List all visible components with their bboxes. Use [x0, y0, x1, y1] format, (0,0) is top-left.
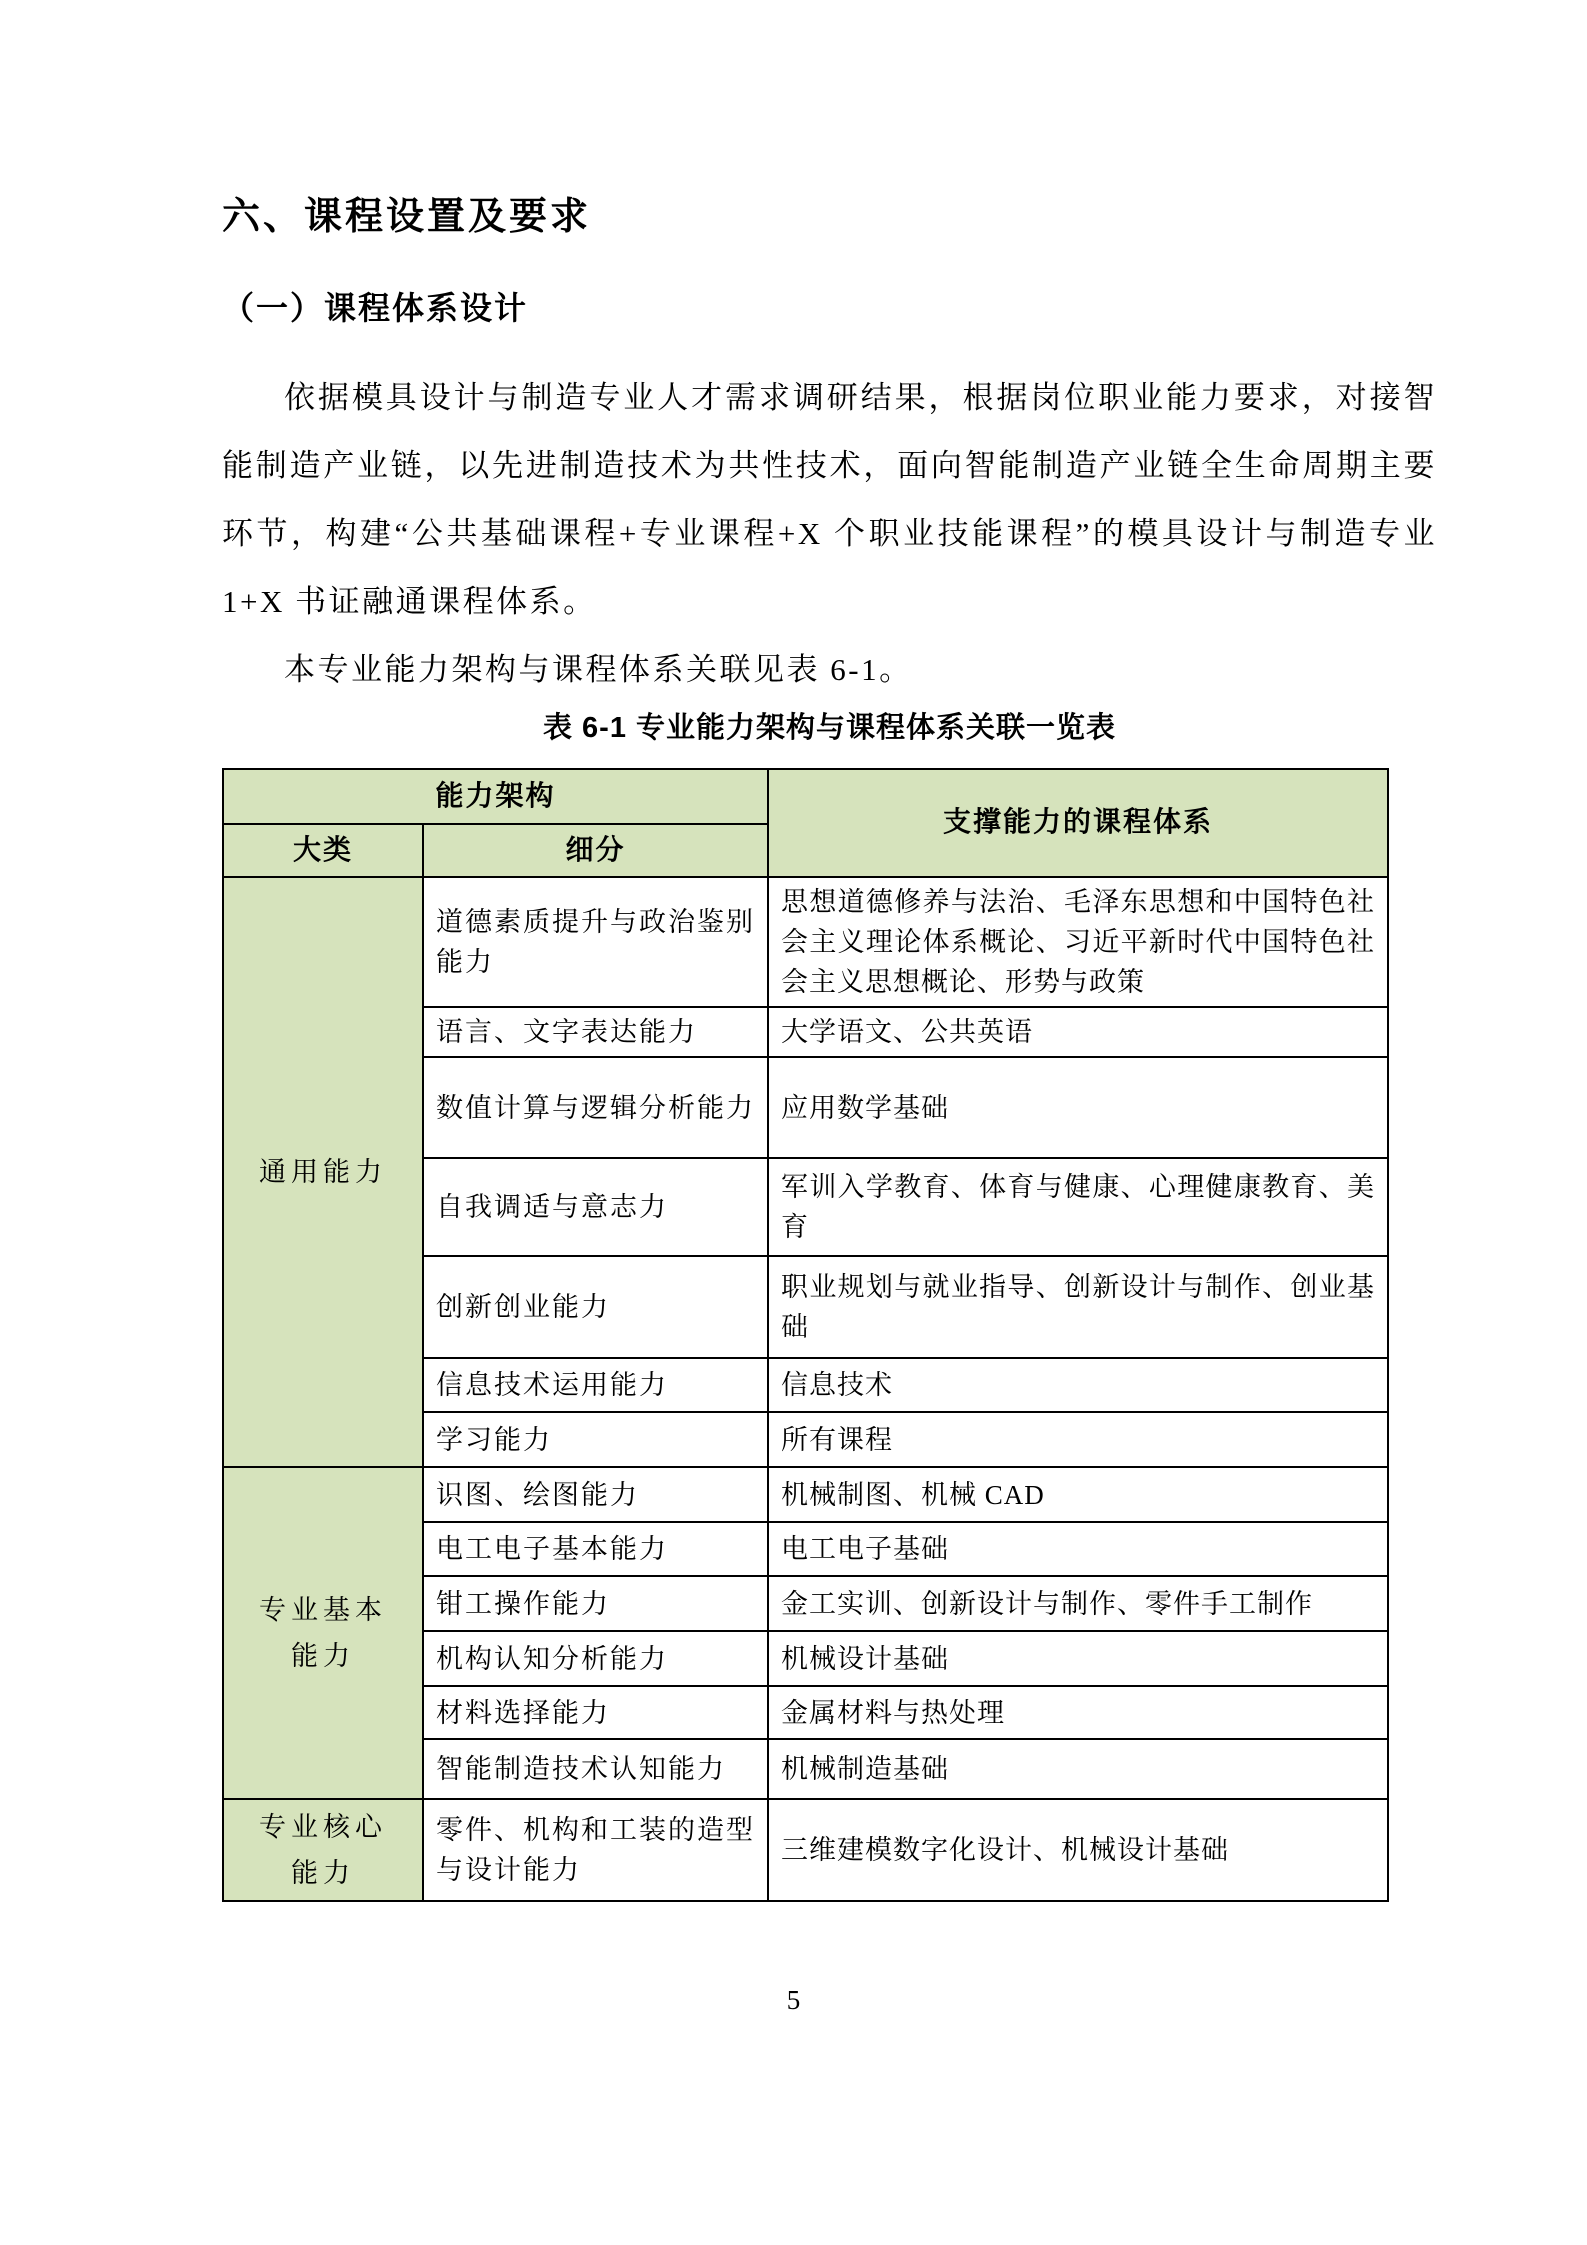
- category-label: 专业核心能力: [257, 1804, 389, 1896]
- courses-cell: 军训入学教育、体育与健康、心理健康教育、美育: [768, 1158, 1388, 1256]
- subdivision-cell: 创新创业能力: [423, 1256, 768, 1358]
- category-label: 专业基本能力: [257, 1587, 389, 1679]
- table-row: 通用能力 道德素质提升与政治鉴别能力 思想道德修养与法治、毛泽东思想和中国特色社…: [223, 877, 1388, 1007]
- courses-cell: 机械制图、机械 CAD: [768, 1467, 1388, 1522]
- courses-cell: 金工实训、创新设计与制作、零件手工制作: [768, 1576, 1388, 1631]
- subdivision-cell: 零件、机构和工装的造型与设计能力: [423, 1799, 768, 1901]
- courses-cell: 应用数学基础: [768, 1057, 1388, 1158]
- courses-cell: 机械制造基础: [768, 1739, 1388, 1799]
- subdivision-cell: 材料选择能力: [423, 1686, 768, 1739]
- table-row: 专业基本能力 识图、绘图能力 机械制图、机械 CAD: [223, 1467, 1388, 1522]
- subdivision-cell: 机构认知分析能力: [423, 1631, 768, 1686]
- paragraph-intro: 依据模具设计与制造专业人才需求调研结果，根据岗位职业能力要求，对接智能制造产业链…: [222, 364, 1437, 636]
- table-header-row-1: 能力架构 支撑能力的课程体系: [223, 769, 1388, 824]
- subdivision-cell: 钳工操作能力: [423, 1576, 768, 1631]
- subdivision-cell: 语言、文字表达能力: [423, 1007, 768, 1057]
- header-category: 大类: [223, 824, 423, 877]
- subdivision-cell: 学习能力: [423, 1412, 768, 1467]
- header-capability-structure: 能力架构: [223, 769, 768, 824]
- courses-cell: 大学语文、公共英语: [768, 1007, 1388, 1057]
- ability-course-table: 能力架构 支撑能力的课程体系 大类 细分 通用能力 道德素质提升与政治鉴别能力 …: [222, 768, 1389, 1902]
- document-page: 六、课程设置及要求 （一）课程体系设计 依据模具设计与制造专业人才需求调研结果，…: [0, 0, 1587, 2245]
- subdivision-cell: 电工电子基本能力: [423, 1522, 768, 1576]
- category-cell-professional-core: 专业核心能力: [223, 1799, 423, 1901]
- subdivision-cell: 自我调适与意志力: [423, 1158, 768, 1256]
- section-heading: 六、课程设置及要求: [222, 198, 1437, 236]
- page-content: 六、课程设置及要求 （一）课程体系设计 依据模具设计与制造专业人才需求调研结果，…: [222, 198, 1437, 1902]
- courses-cell: 思想道德修养与法治、毛泽东思想和中国特色社会主义理论体系概论、习近平新时代中国特…: [768, 877, 1388, 1007]
- courses-cell: 电工电子基础: [768, 1522, 1388, 1576]
- courses-cell: 机械设计基础: [768, 1631, 1388, 1686]
- table-caption: 表 6-1 专业能力架构与课程体系关联一览表: [222, 704, 1437, 752]
- header-supporting-courses: 支撑能力的课程体系: [768, 769, 1388, 877]
- courses-cell: 三维建模数字化设计、机械设计基础: [768, 1799, 1388, 1901]
- paragraph-table-ref: 本专业能力架构与课程体系关联见表 6-1。: [222, 636, 1437, 704]
- subdivision-cell: 智能制造技术认知能力: [423, 1739, 768, 1799]
- courses-cell: 金属材料与热处理: [768, 1686, 1388, 1739]
- subdivision-cell: 数值计算与逻辑分析能力: [423, 1057, 768, 1158]
- courses-cell: 所有课程: [768, 1412, 1388, 1467]
- category-cell-professional-basic: 专业基本能力: [223, 1467, 423, 1799]
- subsection-heading: （一）课程体系设计: [222, 292, 1437, 324]
- subdivision-cell: 识图、绘图能力: [423, 1467, 768, 1522]
- courses-cell: 职业规划与就业指导、创新设计与制作、创业基础: [768, 1256, 1388, 1358]
- category-label: 通用能力: [259, 1149, 387, 1195]
- table-row: 专业核心能力 零件、机构和工装的造型与设计能力 三维建模数字化设计、机械设计基础: [223, 1799, 1388, 1901]
- subdivision-cell: 道德素质提升与政治鉴别能力: [423, 877, 768, 1007]
- header-subdivision: 细分: [423, 824, 768, 877]
- page-number: 5: [0, 1985, 1587, 2016]
- courses-cell: 信息技术: [768, 1358, 1388, 1412]
- subdivision-cell: 信息技术运用能力: [423, 1358, 768, 1412]
- category-cell-general: 通用能力: [223, 877, 423, 1467]
